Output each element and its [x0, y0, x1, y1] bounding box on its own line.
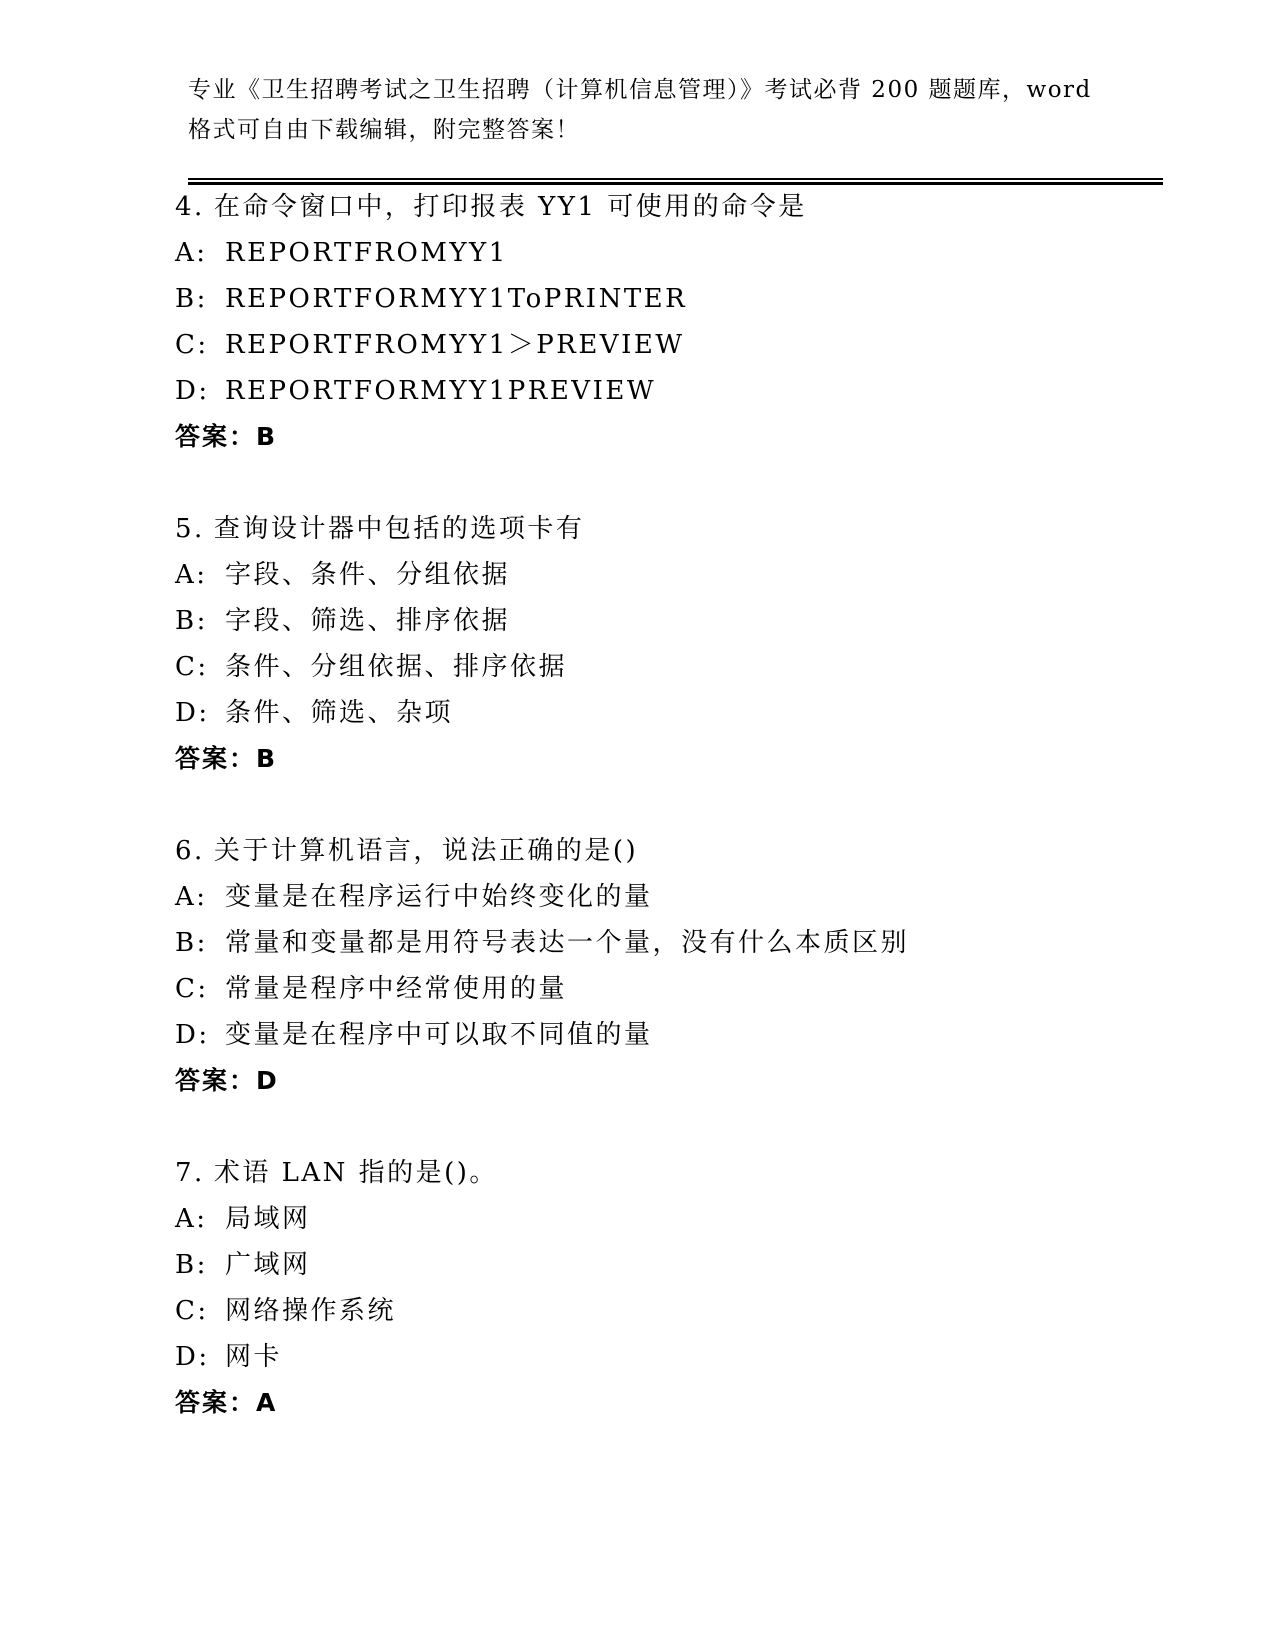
option-text: 局域网 [225, 1204, 311, 1234]
question-block-5: 5.查询设计器中包括的选项卡有 A:字段、条件、分组依据 B:字段、筛选、排序依… [175, 506, 1170, 782]
option-text: 条件、筛选、杂项 [225, 698, 453, 728]
question-number: 4. [175, 184, 205, 230]
page-header: 专业《卫生招聘考试之卫生招聘（计算机信息管理）》考试必背 200 题题库，wor… [188, 70, 1163, 185]
answer-label: 答案： [175, 744, 256, 773]
document-page: 专业《卫生招聘考试之卫生招聘（计算机信息管理）》考试必背 200 题题库，wor… [0, 0, 1275, 1650]
option-label: B: [175, 1242, 225, 1288]
question-text: 在命令窗口中，打印报表 YY1 可使用的命令是 [214, 192, 807, 222]
option-label: C: [175, 644, 225, 690]
question-text: 查询设计器中包括的选项卡有 [214, 514, 585, 544]
answer-label: 答案： [175, 1388, 256, 1417]
header-text: 专业《卫生招聘考试之卫生招聘（计算机信息管理）》考试必背 200 题题库，wor… [188, 70, 1163, 150]
option-label: D: [175, 368, 225, 414]
answer-value: A [256, 1388, 277, 1417]
option-label: A: [175, 552, 225, 598]
option-text: REPORTFROMYY1＞PREVIEW [225, 330, 685, 360]
question-text: 术语 LAN 指的是()。 [214, 1158, 498, 1188]
option-label: B: [175, 598, 225, 644]
questions-area: 4.在命令窗口中，打印报表 YY1 可使用的命令是 A:REPORTFROMYY… [175, 184, 1170, 1472]
answer-row: 答案：B [175, 414, 1170, 460]
answer-label: 答案： [175, 422, 256, 451]
option-label: C: [175, 966, 225, 1012]
answer-label: 答案： [175, 1066, 256, 1095]
option-row-a: A:字段、条件、分组依据 [175, 552, 1170, 598]
option-text: REPORTFROMYY1 [225, 238, 508, 268]
option-row-d: D:变量是在程序中可以取不同值的量 [175, 1012, 1170, 1058]
option-label: B: [175, 276, 225, 322]
option-label: D: [175, 690, 225, 736]
option-text: 网卡 [225, 1342, 282, 1372]
question-block-7: 7.术语 LAN 指的是()。 A:局域网 B:广域网 C:网络操作系统 D:网… [175, 1150, 1170, 1426]
option-text: 常量和变量都是用符号表达一个量，没有什么本质区别 [225, 928, 909, 958]
option-label: A: [175, 1196, 225, 1242]
option-row-b: B:REPORTFORMYY1ToPRINTER [175, 276, 1170, 322]
option-text: 常量是程序中经常使用的量 [225, 974, 567, 1004]
question-number: 6. [175, 828, 205, 874]
option-row-a: A:局域网 [175, 1196, 1170, 1242]
question-number: 5. [175, 506, 205, 552]
question-block-4: 4.在命令窗口中，打印报表 YY1 可使用的命令是 A:REPORTFROMYY… [175, 184, 1170, 460]
option-label: A: [175, 874, 225, 920]
option-text: 字段、条件、分组依据 [225, 560, 510, 590]
answer-value: D [256, 1066, 279, 1095]
option-text: REPORTFORMYY1ToPRINTER [225, 284, 687, 314]
answer-row: 答案：B [175, 736, 1170, 782]
answer-row: 答案：D [175, 1058, 1170, 1104]
answer-value: B [256, 422, 277, 451]
option-text: 条件、分组依据、排序依据 [225, 652, 567, 682]
question-text: 关于计算机语言，说法正确的是() [214, 836, 638, 866]
question-block-6: 6.关于计算机语言，说法正确的是() A:变量是在程序运行中始终变化的量 B:常… [175, 828, 1170, 1104]
option-row-c: C:常量是程序中经常使用的量 [175, 966, 1170, 1012]
option-row-b: B:字段、筛选、排序依据 [175, 598, 1170, 644]
option-label: B: [175, 920, 225, 966]
option-row-a: A:变量是在程序运行中始终变化的量 [175, 874, 1170, 920]
option-row-c: C:条件、分组依据、排序依据 [175, 644, 1170, 690]
question-title: 4.在命令窗口中，打印报表 YY1 可使用的命令是 [175, 184, 1170, 230]
option-row-d: D:条件、筛选、杂项 [175, 690, 1170, 736]
option-row-d: D:REPORTFORMYY1PREVIEW [175, 368, 1170, 414]
answer-row: 答案：A [175, 1380, 1170, 1426]
option-row-b: B:常量和变量都是用符号表达一个量，没有什么本质区别 [175, 920, 1170, 966]
option-row-a: A:REPORTFROMYY1 [175, 230, 1170, 276]
option-row-c: C:REPORTFROMYY1＞PREVIEW [175, 322, 1170, 368]
option-text: 广域网 [225, 1250, 311, 1280]
question-title: 5.查询设计器中包括的选项卡有 [175, 506, 1170, 552]
question-number: 7. [175, 1150, 205, 1196]
header-line-1: 专业《卫生招聘考试之卫生招聘（计算机信息管理）》考试必背 200 题题库，wor… [188, 70, 1163, 110]
question-title: 6.关于计算机语言，说法正确的是() [175, 828, 1170, 874]
option-text: 变量是在程序运行中始终变化的量 [225, 882, 653, 912]
option-label: A: [175, 230, 225, 276]
option-label: D: [175, 1334, 225, 1380]
option-text: 变量是在程序中可以取不同值的量 [225, 1020, 653, 1050]
question-title: 7.术语 LAN 指的是()。 [175, 1150, 1170, 1196]
option-row-b: B:广域网 [175, 1242, 1170, 1288]
option-text: 网络操作系统 [225, 1296, 396, 1326]
option-label: C: [175, 1288, 225, 1334]
option-text: REPORTFORMYY1PREVIEW [225, 376, 656, 406]
option-label: C: [175, 322, 225, 368]
option-row-d: D:网卡 [175, 1334, 1170, 1380]
option-text: 字段、筛选、排序依据 [225, 606, 510, 636]
option-row-c: C:网络操作系统 [175, 1288, 1170, 1334]
header-line-2: 格式可自由下载编辑，附完整答案！ [188, 110, 1163, 150]
answer-value: B [256, 744, 277, 773]
option-label: D: [175, 1012, 225, 1058]
